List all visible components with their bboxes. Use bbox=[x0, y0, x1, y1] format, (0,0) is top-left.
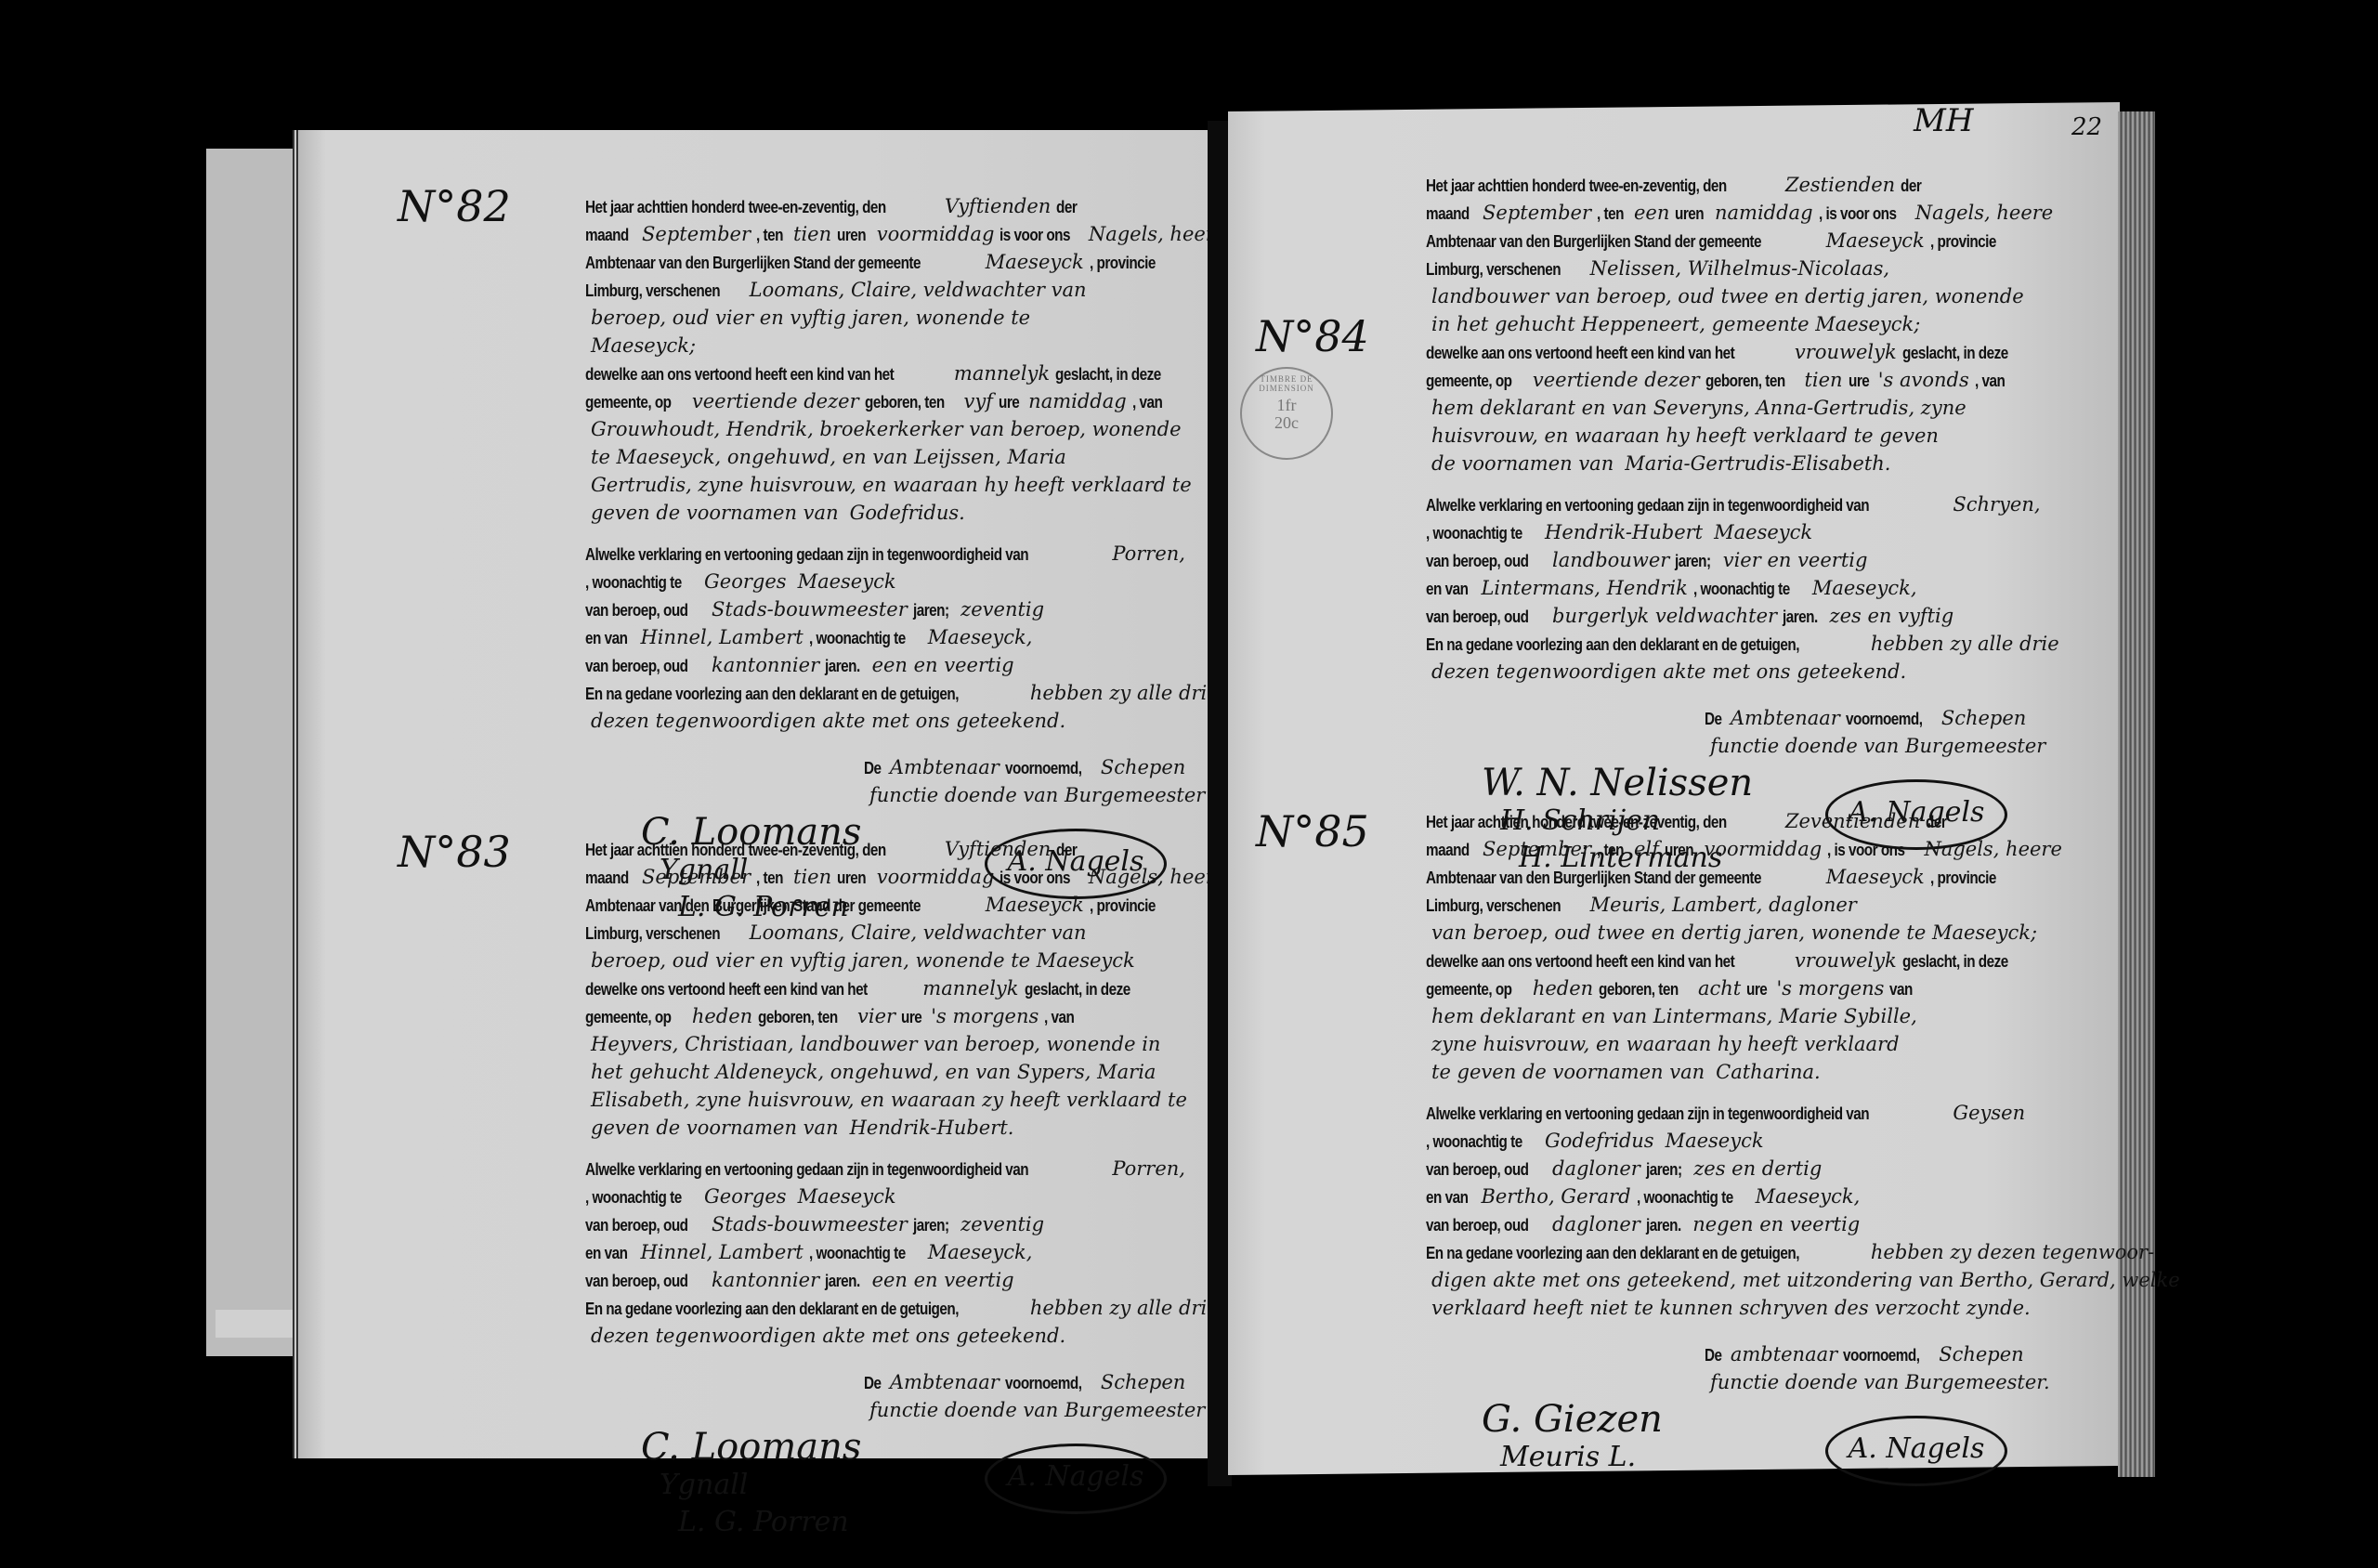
text-line: geven de voornamen vanGodefridus. bbox=[585, 500, 1198, 528]
handwritten-entry: mannelyk bbox=[954, 362, 1050, 385]
handwritten-entry: namiddag bbox=[1028, 390, 1127, 412]
handwritten-entry: vyf bbox=[963, 390, 993, 412]
printed-form-text: geslacht, in deze bbox=[1055, 361, 1161, 388]
printed-form-text: van beroep, oud bbox=[585, 597, 688, 624]
handwritten-entry: Schryen, bbox=[1953, 493, 2040, 516]
handwritten-entry: het gehucht Aldeneyck, ongehuwd, en van … bbox=[591, 1061, 1156, 1083]
signature: Meuris L. bbox=[1500, 1444, 1636, 1470]
printed-form-text: en van bbox=[585, 625, 627, 652]
text-line: Ambtenaar van den Burgerlijken Stand der… bbox=[585, 892, 1198, 920]
handwritten-entry: kantonnier bbox=[712, 1269, 819, 1291]
text-line: geven de voornamen vanHendrik-Hubert. bbox=[585, 1115, 1198, 1143]
printed-form-text: jaren. bbox=[825, 1268, 860, 1295]
handwritten-entry: te Maeseyck, ongehuwd, en van Leijssen, … bbox=[591, 446, 1066, 468]
printed-form-text: en van bbox=[585, 1240, 627, 1267]
printed-form-text: geboren, ten bbox=[1599, 976, 1679, 1003]
closing-formula: functie doende van Burgemeester bbox=[585, 1397, 1198, 1425]
text-line: landbouwer van beroep, oud twee en derti… bbox=[1426, 283, 2113, 311]
text-line: Alwelke verklaring en vertooning gedaan … bbox=[1426, 1100, 2113, 1128]
printed-form-text: uren bbox=[1675, 201, 1704, 228]
printed-form-text: Het jaar achttien honderd twee-en-zevent… bbox=[585, 837, 886, 864]
handwritten-entry: Maeseyck bbox=[798, 570, 896, 593]
handwritten-entry: Hendrik-Hubert bbox=[1545, 521, 1703, 543]
handwritten-entry: Maeseyck, bbox=[928, 1241, 1033, 1263]
printed-form-text: , provincie bbox=[1090, 250, 1156, 277]
printed-form-text: dewelke aan ons vertoond heeft een kind … bbox=[1426, 948, 1734, 975]
printed-form-text: Limburg, verschenen bbox=[585, 278, 720, 305]
printed-form-text: jaren. bbox=[1783, 604, 1818, 631]
printed-form-text: De bbox=[1705, 706, 1722, 733]
printed-form-text: der bbox=[1926, 809, 1946, 836]
handwritten-entry: Zestienden bbox=[1785, 174, 1895, 196]
handwritten-entry: Godefridus. bbox=[850, 502, 965, 524]
handwritten-entry: Schepen bbox=[1101, 1371, 1186, 1393]
closing-formula: functie doende van Burgemeester bbox=[585, 782, 1198, 810]
printed-form-text: Alwelke verklaring en vertooning gedaan … bbox=[1426, 492, 1869, 519]
printed-form-text: maand bbox=[1426, 837, 1470, 864]
handwritten-entry: Loomans, Claire, veldwachter van bbox=[750, 279, 1087, 301]
printed-form-text: uren bbox=[837, 222, 866, 249]
handwritten-entry: 's avonds bbox=[1878, 369, 1969, 391]
act-number: N°83 bbox=[398, 827, 511, 877]
handwritten-entry: functie doende van Burgemeester. bbox=[1710, 1371, 2050, 1393]
printed-form-text: Limburg, verschenen bbox=[1426, 256, 1561, 283]
handwritten-entry: functie doende van Burgemeester bbox=[869, 784, 1205, 806]
handwritten-entry: 's morgens bbox=[1776, 977, 1884, 1000]
printed-form-text: gemeente, op bbox=[585, 389, 672, 416]
printed-form-text: geboren, ten bbox=[1705, 368, 1785, 395]
handwritten-entry: vier en veertig bbox=[1723, 549, 1868, 571]
handwritten-entry: functie doende van Burgemeester bbox=[869, 1399, 1205, 1421]
text-line: dewelke aan ons vertoond heeft een kind … bbox=[1426, 339, 2113, 367]
handwritten-entry: vrouwelyk bbox=[1795, 341, 1897, 363]
printed-form-text: jaren. bbox=[1646, 1212, 1681, 1239]
handwritten-entry: zeventig bbox=[960, 598, 1044, 621]
printed-form-text: , ten bbox=[756, 222, 783, 249]
printed-form-text: , provincie bbox=[1930, 229, 1996, 255]
text-line: , woonachtig teHendrik-HubertMaeseyck bbox=[1426, 519, 2113, 547]
handwritten-entry: beroep, oud vier en vyftig jaren, wonend… bbox=[591, 949, 1135, 972]
printed-form-text: , woonachtig te bbox=[585, 1184, 682, 1211]
printed-form-text: der bbox=[1901, 173, 1921, 200]
handwritten-entry: Schepen bbox=[1939, 1343, 2024, 1365]
text-line: verklaard heeft niet te kunnen schryven … bbox=[1426, 1295, 2113, 1323]
signature: Ygnall bbox=[660, 1471, 748, 1498]
handwritten-entry: Zeventienden bbox=[1785, 810, 1920, 832]
text-line: Ambtenaar van den Burgerlijken Stand der… bbox=[1426, 228, 2113, 255]
printed-form-text: en van bbox=[1426, 576, 1468, 603]
handwritten-entry: Porren, bbox=[1112, 542, 1185, 565]
printed-form-text: dewelke aan ons vertoond heeft een kind … bbox=[1426, 340, 1734, 367]
printed-form-text: , ten bbox=[1597, 201, 1624, 228]
handwritten-entry: voormiddag bbox=[877, 866, 995, 888]
text-line: van beroep, oudlandbouwerjaren;vier en v… bbox=[1426, 547, 2113, 575]
handwritten-entry: tien bbox=[793, 223, 831, 245]
signature: L. G. Porren bbox=[678, 1509, 849, 1535]
text-line: de voornamen vanMaria-Gertrudis-Elisabet… bbox=[1426, 451, 2113, 478]
printed-form-text: , woonachtig te bbox=[585, 569, 682, 596]
text-line: digen akte met ons geteekend, met uitzon… bbox=[1426, 1267, 2113, 1295]
text-line: dezen tegenwoordigen akte met ons geteek… bbox=[585, 708, 1198, 736]
handwritten-entry: Maeseyck, bbox=[928, 626, 1033, 648]
handwritten-entry: vier bbox=[857, 1005, 895, 1027]
handwritten-entry: Bertho, Gerard bbox=[1481, 1185, 1630, 1208]
text-line: dezen tegenwoordigen akte met ons geteek… bbox=[585, 1323, 1198, 1351]
printed-form-text: Het jaar achttien honderd twee-en-zevent… bbox=[585, 194, 886, 221]
printed-form-text: voornoemd, bbox=[1005, 755, 1081, 782]
printed-form-text: van beroep, oud bbox=[1426, 1156, 1529, 1183]
handwritten-entry: hebben zy alle drie bbox=[1871, 633, 2059, 655]
text-line: gemeente, ophedengeboren, tenvierure's m… bbox=[585, 1003, 1198, 1031]
handwritten-entry: September bbox=[642, 866, 751, 888]
handwritten-entry: dezen tegenwoordigen akte met ons geteek… bbox=[1431, 660, 1906, 683]
closing-formula: DeAmbtenaarvoornoemd,Schepen bbox=[585, 1369, 1198, 1397]
handwritten-entry: elf bbox=[1634, 838, 1659, 860]
tax-stamp: TIMBRE DE DIMENSION 1fr 20c bbox=[1240, 367, 1333, 460]
handwritten-entry: voormiddag bbox=[1705, 838, 1823, 860]
printed-form-text: der bbox=[1056, 837, 1077, 864]
printed-form-text: Het jaar achttien honderd twee-en-zevent… bbox=[1426, 809, 1727, 836]
page-number: 22 bbox=[2071, 113, 2102, 141]
handwritten-entry: Schepen bbox=[1941, 707, 2027, 729]
text-line: van beroep, oudburgerlyk veldwachterjare… bbox=[1426, 603, 2113, 631]
handwritten-entry: Maeseyck bbox=[1826, 866, 1925, 888]
signature: G. Giezen bbox=[1482, 1406, 1663, 1433]
text-line: van beroep, ouddaglonerjaren;zes en dert… bbox=[1426, 1156, 2113, 1183]
closing-formula: DeAmbtenaarvoornoemd,Schepen bbox=[1426, 705, 2113, 733]
act-number: N°84 bbox=[1256, 311, 1369, 361]
closing-formula: DeAmbtenaarvoornoemd,Schepen bbox=[585, 754, 1198, 782]
closing-formula: functie doende van Burgemeester. bbox=[1426, 1369, 2113, 1397]
printed-form-text: , van bbox=[1975, 368, 2005, 395]
text-line: Ambtenaar van den Burgerlijken Stand der… bbox=[1426, 864, 2113, 892]
text-line: gemeente, opveertiende dezergeboren, ten… bbox=[585, 388, 1198, 416]
text-line: Het jaar achttien honderd twee-en-zevent… bbox=[585, 193, 1198, 221]
printed-form-text: Alwelke verklaring en vertooning gedaan … bbox=[585, 542, 1028, 568]
handwritten-entry: beroep, oud vier en vyftig jaren, wonend… bbox=[591, 307, 1030, 329]
printed-form-text: , is voor ons bbox=[1819, 201, 1896, 228]
handwritten-entry: geven de voornamen van bbox=[591, 502, 839, 524]
handwritten-entry: Lintermans, Hendrik bbox=[1481, 577, 1687, 599]
text-line: te geven de voornamen vanCatharina. bbox=[1426, 1059, 2113, 1087]
handwritten-entry: Maeseyck bbox=[986, 894, 1084, 916]
printed-form-text: geboren, ten bbox=[865, 389, 945, 416]
printed-form-text: , provincie bbox=[1090, 893, 1156, 920]
printed-form-text: Ambtenaar van den Burgerlijken Stand der… bbox=[1426, 229, 1761, 255]
handwritten-entry: een en veertig bbox=[872, 654, 1014, 676]
handwritten-entry: Nagels, heere bbox=[1924, 838, 2061, 860]
printed-form-text: En na gedane voorlezing aan den deklaran… bbox=[585, 1296, 959, 1323]
handwritten-entry: Schepen bbox=[1101, 756, 1186, 778]
printed-form-text: en van bbox=[1426, 1184, 1468, 1211]
handwritten-entry: Nelissen, Wilhelmus-Nicolaas, bbox=[1590, 257, 1889, 280]
act-84: Het jaar achttien honderd twee-en-zevent… bbox=[1426, 172, 2113, 900]
handwritten-entry: hebben zy alle drie bbox=[1030, 1297, 1219, 1319]
text-line: dezen tegenwoordigen akte met ons geteek… bbox=[1426, 659, 2113, 686]
text-line: dewelke aan ons vertoond heeft een kind … bbox=[585, 360, 1198, 388]
handwritten-entry: September bbox=[1483, 838, 1591, 860]
handwritten-entry: Maeseyck, bbox=[1756, 1185, 1861, 1208]
text-line: Het jaar achttien honderd twee-en-zevent… bbox=[1426, 172, 2113, 200]
handwritten-entry: Ambtenaar bbox=[890, 1371, 1000, 1393]
stamp-value: 1fr bbox=[1242, 397, 1331, 414]
printed-form-text: jaren; bbox=[913, 1212, 949, 1239]
handwritten-entry: Ambtenaar bbox=[1731, 707, 1840, 729]
handwritten-entry: Godefridus bbox=[1545, 1130, 1654, 1152]
handwritten-entry: hebben zy alle drie bbox=[1030, 682, 1219, 704]
closing-formula: functie doende van Burgemeester bbox=[1426, 733, 2113, 761]
handwritten-entry: burgerlyk veldwachter bbox=[1552, 605, 1777, 627]
printed-form-text: De bbox=[864, 1370, 882, 1397]
printed-form-text: , woonachtig te bbox=[1426, 520, 1522, 547]
text-line: En na gedane voorlezing aan den deklaran… bbox=[585, 1295, 1198, 1323]
closing-formula: Deambtenaarvoornoemd,Schepen bbox=[1426, 1341, 2113, 1369]
handwritten-entry: Stads-bouwmeester bbox=[712, 598, 908, 621]
handwritten-entry: Nagels, heere bbox=[1089, 223, 1226, 245]
text-line: beroep, oud vier en vyftig jaren, wonend… bbox=[585, 947, 1198, 975]
printed-form-text: ure bbox=[901, 1004, 921, 1031]
printed-form-text: uren bbox=[1665, 837, 1693, 864]
handwritten-entry: Maeseyck; bbox=[591, 334, 696, 357]
text-line: Limburg, verschenenMeuris, Lambert, dagl… bbox=[1426, 892, 2113, 920]
handwritten-entry: kantonnier bbox=[712, 654, 819, 676]
printed-form-text: , van bbox=[1044, 1004, 1074, 1031]
printed-form-text: En na gedane voorlezing aan den deklaran… bbox=[1426, 1240, 1799, 1267]
printed-form-text: , woonachtig te bbox=[1637, 1184, 1733, 1211]
handwritten-entry: zyne huisvrouw, en waaraan hy heeft verk… bbox=[1431, 1033, 1900, 1055]
printed-form-text: gemeente, op bbox=[1426, 368, 1512, 395]
printed-form-text: maand bbox=[585, 222, 629, 249]
handwritten-entry: zeventig bbox=[960, 1213, 1044, 1235]
handwritten-entry: tien bbox=[793, 866, 831, 888]
text-line: hem deklarant en van Severyns, Anna-Gert… bbox=[1426, 395, 2113, 423]
text-line: van beroep, ouddaglonerjaren.negen en ve… bbox=[1426, 1211, 2113, 1239]
text-line: Alwelke verklaring en vertooning gedaan … bbox=[585, 541, 1198, 568]
handwritten-entry: Ambtenaar bbox=[890, 756, 1000, 778]
text-line: huisvrouw, en waaraan hy heeft verklaard… bbox=[1426, 423, 2113, 451]
handwritten-entry: Catharina. bbox=[1716, 1061, 1821, 1083]
handwritten-entry: digen akte met ons geteekend, met uitzon… bbox=[1431, 1269, 2180, 1291]
text-line: in het gehucht Heppeneert, gemeente Maes… bbox=[1426, 311, 2113, 339]
printed-form-text: van beroep, oud bbox=[585, 653, 688, 680]
text-line: Maeseyck; bbox=[585, 333, 1198, 360]
handwritten-entry: Maeseyck, bbox=[1812, 577, 1917, 599]
handwritten-entry: dezen tegenwoordigen akte met ons geteek… bbox=[591, 710, 1065, 732]
printed-form-text: gemeente, op bbox=[585, 1004, 672, 1031]
printed-form-text: der bbox=[1056, 194, 1077, 221]
printed-form-text: voornoemd, bbox=[1846, 706, 1922, 733]
handwritten-entry: een en veertig bbox=[872, 1269, 1014, 1291]
printed-form-text: van beroep, oud bbox=[585, 1268, 688, 1295]
printed-form-text: , is voor ons bbox=[1827, 837, 1904, 864]
printed-form-text: Het jaar achttien honderd twee-en-zevent… bbox=[1426, 173, 1727, 200]
handwritten-entry: de voornamen van bbox=[1431, 452, 1614, 475]
handwritten-entry: zes en vyftig bbox=[1830, 605, 1954, 627]
handwritten-entry: Gertrudis, zyne huisvrouw, en waaraan hy… bbox=[591, 474, 1192, 496]
printed-form-text: De bbox=[864, 755, 882, 782]
printed-form-text: van beroep, oud bbox=[1426, 1212, 1529, 1239]
printed-form-text: Ambtenaar van den Burgerlijken Stand der… bbox=[1426, 865, 1761, 892]
handwritten-entry: September bbox=[1483, 202, 1591, 224]
scanned-register-image: N°82 Het jaar achttien honderd twee-en-z… bbox=[0, 0, 2378, 1568]
printed-form-text: De bbox=[1705, 1342, 1722, 1369]
printed-form-text: , ten bbox=[1597, 837, 1624, 864]
text-line: en vanLintermans, Hendrik, woonachtig te… bbox=[1426, 575, 2113, 603]
text-line: van beroep, oudkantonnierjaren.een en ve… bbox=[585, 652, 1198, 680]
handwritten-entry: Loomans, Claire, veldwachter van bbox=[750, 921, 1087, 944]
printed-form-text: voornoemd, bbox=[1843, 1342, 1919, 1369]
text-line: Het jaar achttien honderd twee-en-zevent… bbox=[585, 836, 1198, 864]
handwritten-entry: Hendrik-Hubert. bbox=[850, 1117, 1014, 1139]
official-signature: A. Nagels bbox=[1825, 1416, 2007, 1486]
printed-form-text: maand bbox=[1426, 201, 1470, 228]
printed-form-text: , woonachtig te bbox=[1426, 1129, 1522, 1156]
text-line: te Maeseyck, ongehuwd, en van Leijssen, … bbox=[585, 444, 1198, 472]
handwritten-entry: Maeseyck bbox=[1714, 521, 1812, 543]
printed-form-text: ure bbox=[1746, 976, 1767, 1003]
text-line: beroep, oud vier en vyftig jaren, wonend… bbox=[585, 305, 1198, 333]
handwritten-entry: Hinnel, Lambert bbox=[640, 626, 803, 648]
signature-block: G. GiezenMeuris L.A. Nagels bbox=[1426, 1397, 2113, 1536]
text-line: maandSeptember, tentienurenvoormiddagis … bbox=[585, 864, 1198, 892]
printed-form-text: ure bbox=[1849, 368, 1869, 395]
printed-form-text: van bbox=[1889, 976, 1913, 1003]
handwritten-entry: tien bbox=[1804, 369, 1842, 391]
text-line: En na gedane voorlezing aan den deklaran… bbox=[1426, 1239, 2113, 1267]
handwritten-entry: Geysen bbox=[1953, 1102, 2025, 1124]
handwritten-entry: vrouwelyk bbox=[1795, 949, 1897, 972]
text-line: , woonachtig teGodefridusMaeseyck bbox=[1426, 1128, 2113, 1156]
printed-form-text: ure bbox=[999, 389, 1019, 416]
printed-form-text: dewelke ons vertoond heeft een kind van … bbox=[585, 976, 868, 1003]
text-line: En na gedane voorlezing aan den deklaran… bbox=[585, 680, 1198, 708]
handwritten-entry: dezen tegenwoordigen akte met ons geteek… bbox=[591, 1325, 1065, 1347]
printed-form-text: , woonachtig te bbox=[809, 625, 906, 652]
text-line: van beroep, oudStads-bouwmeesterjaren;ze… bbox=[585, 1211, 1198, 1239]
handwritten-entry: negen en veertig bbox=[1692, 1213, 1860, 1235]
handwritten-entry: namiddag bbox=[1715, 202, 1813, 224]
handwritten-entry: hebben zy dezen tegenwoor- bbox=[1871, 1241, 2154, 1263]
printed-form-text: is voor ons bbox=[1000, 222, 1070, 249]
handwritten-entry: Maeseyck bbox=[1826, 229, 1925, 252]
act-number: N°85 bbox=[1256, 806, 1369, 856]
text-line: Grouwhoudt, Hendrik, broekerkerker van b… bbox=[585, 416, 1198, 444]
text-line: het gehucht Aldeneyck, ongehuwd, en van … bbox=[585, 1059, 1198, 1087]
handwritten-entry: Maeseyck bbox=[798, 1185, 896, 1208]
handwritten-entry: Grouwhoudt, Hendrik, broekerkerker van b… bbox=[591, 418, 1182, 440]
handwritten-entry: een bbox=[1634, 202, 1669, 224]
handwritten-entry: mannelyk bbox=[922, 977, 1018, 1000]
handwritten-entry: functie doende van Burgemeester bbox=[1710, 735, 2045, 757]
handwritten-entry: Maria-Gertrudis-Elisabeth. bbox=[1625, 452, 1890, 475]
text-line: Elisabeth, zyne huisvrouw, en waaraan zy… bbox=[585, 1087, 1198, 1115]
handwritten-entry: Hinnel, Lambert bbox=[640, 1241, 803, 1263]
handwritten-entry: landbouwer bbox=[1552, 549, 1669, 571]
act-83: Het jaar achttien honderd twee-en-zevent… bbox=[585, 836, 1198, 1564]
printed-form-text: , van bbox=[1132, 389, 1162, 416]
handwritten-entry: zes en dertig bbox=[1693, 1157, 1822, 1180]
printed-form-text: , woonachtig te bbox=[1693, 576, 1790, 603]
handwritten-entry: voormiddag bbox=[877, 223, 995, 245]
printed-form-text: , provincie bbox=[1930, 865, 1996, 892]
printed-form-text: geboren, ten bbox=[758, 1004, 838, 1031]
text-line: van beroep, oudStads-bouwmeesterjaren;ze… bbox=[585, 596, 1198, 624]
printed-form-text: van beroep, oud bbox=[1426, 604, 1529, 631]
text-line: gemeente, opveertiende dezergeboren, ten… bbox=[1426, 367, 2113, 395]
handwritten-entry: Meuris, Lambert, dagloner bbox=[1590, 894, 1857, 916]
printed-form-text: jaren; bbox=[913, 597, 949, 624]
text-line: Alwelke verklaring en vertooning gedaan … bbox=[585, 1156, 1198, 1183]
printed-form-text: Ambtenaar van den Burgerlijken Stand der… bbox=[585, 893, 921, 920]
printed-form-text: geslacht, in deze bbox=[1902, 340, 2008, 367]
handwritten-entry: Maeseyck bbox=[1666, 1130, 1764, 1152]
handwritten-entry: veertiende dezer bbox=[1533, 369, 1700, 391]
book-edge-left bbox=[206, 149, 299, 1356]
text-line: van beroep, oud twee en dertig jaren, wo… bbox=[1426, 920, 2113, 947]
printed-form-text: uren bbox=[837, 865, 866, 892]
printed-form-text: voornoemd, bbox=[1005, 1370, 1081, 1397]
handwritten-entry: geven de voornamen van bbox=[591, 1117, 839, 1139]
handwritten-entry: September bbox=[642, 223, 751, 245]
signature-block: C. LoomansYgnallL. G. PorrenA. Nagels bbox=[585, 1425, 1198, 1564]
handwritten-entry: Vyftienden bbox=[945, 838, 1051, 860]
handwritten-entry: in het gehucht Heppeneert, gemeente Maes… bbox=[1431, 313, 1920, 335]
handwritten-entry: dagloner bbox=[1552, 1213, 1640, 1235]
handwritten-entry: Maeseyck bbox=[986, 251, 1084, 273]
text-line: Alwelke verklaring en vertooning gedaan … bbox=[1426, 491, 2113, 519]
printed-form-text: Limburg, verschenen bbox=[585, 921, 720, 947]
stamp-ring-text: TIMBRE DE DIMENSION bbox=[1246, 374, 1327, 393]
handwritten-entry: Georges bbox=[704, 570, 787, 593]
handwritten-entry: acht bbox=[1698, 977, 1741, 1000]
printed-form-text: geslacht, in deze bbox=[1025, 976, 1130, 1003]
text-line: , woonachtig teGeorgesMaeseyck bbox=[585, 568, 1198, 596]
page-initials: MH bbox=[1914, 102, 1973, 139]
printed-form-text: geslacht, in deze bbox=[1902, 948, 2008, 975]
handwritten-entry: huisvrouw, en waaraan hy heeft verklaard… bbox=[1431, 425, 1939, 447]
text-line: Limburg, verschenenNelissen, Wilhelmus-N… bbox=[1426, 255, 2113, 283]
signature: W. N. Nelissen bbox=[1482, 770, 1753, 797]
text-line: maandSeptember, teneenurennamiddag, is v… bbox=[1426, 200, 2113, 228]
text-line: maandSeptember, tenelfurenvoormiddag, is… bbox=[1426, 836, 2113, 864]
handwritten-entry: Nagels, heere bbox=[1089, 866, 1226, 888]
official-signature: A. Nagels bbox=[985, 1444, 1167, 1514]
text-line: en vanHinnel, Lambert, woonachtig teMaes… bbox=[585, 624, 1198, 652]
handwritten-entry: veertiende dezer bbox=[692, 390, 859, 412]
handwritten-entry: te geven de voornamen van bbox=[1431, 1061, 1705, 1083]
printed-form-text: dewelke aan ons vertoond heeft een kind … bbox=[585, 361, 894, 388]
handwritten-entry: van beroep, oud twee en dertig jaren, wo… bbox=[1431, 921, 2037, 944]
handwritten-entry: verklaard heeft niet te kunnen schryven … bbox=[1431, 1297, 2031, 1319]
handwritten-entry: dagloner bbox=[1552, 1157, 1640, 1180]
handwritten-entry: hem deklarant en van Severyns, Anna-Gert… bbox=[1431, 397, 1966, 419]
handwritten-entry: Vyftienden bbox=[945, 195, 1051, 217]
text-line: hem deklarant en van Lintermans, Marie S… bbox=[1426, 1003, 2113, 1031]
act-85: Het jaar achttien honderd twee-en-zevent… bbox=[1426, 808, 2113, 1536]
handwritten-entry: Heyvers, Christiaan, landbouwer van bero… bbox=[591, 1033, 1160, 1055]
text-line: zyne huisvrouw, en waaraan hy heeft verk… bbox=[1426, 1031, 2113, 1059]
handwritten-entry: Elisabeth, zyne huisvrouw, en waaraan zy… bbox=[591, 1089, 1187, 1111]
printed-form-text: Alwelke verklaring en vertooning gedaan … bbox=[1426, 1101, 1869, 1128]
handwritten-entry: heden bbox=[692, 1005, 752, 1027]
printed-form-text: jaren. bbox=[825, 653, 860, 680]
printed-form-text: jaren; bbox=[1646, 1156, 1682, 1183]
text-line: Ambtenaar van den Burgerlijken Stand der… bbox=[585, 249, 1198, 277]
text-line: Het jaar achttien honderd twee-en-zevent… bbox=[1426, 808, 2113, 836]
printed-form-text: gemeente, op bbox=[1426, 976, 1512, 1003]
printed-form-text: van beroep, oud bbox=[585, 1212, 688, 1239]
handwritten-entry: landbouwer van beroep, oud twee en derti… bbox=[1431, 285, 2024, 307]
